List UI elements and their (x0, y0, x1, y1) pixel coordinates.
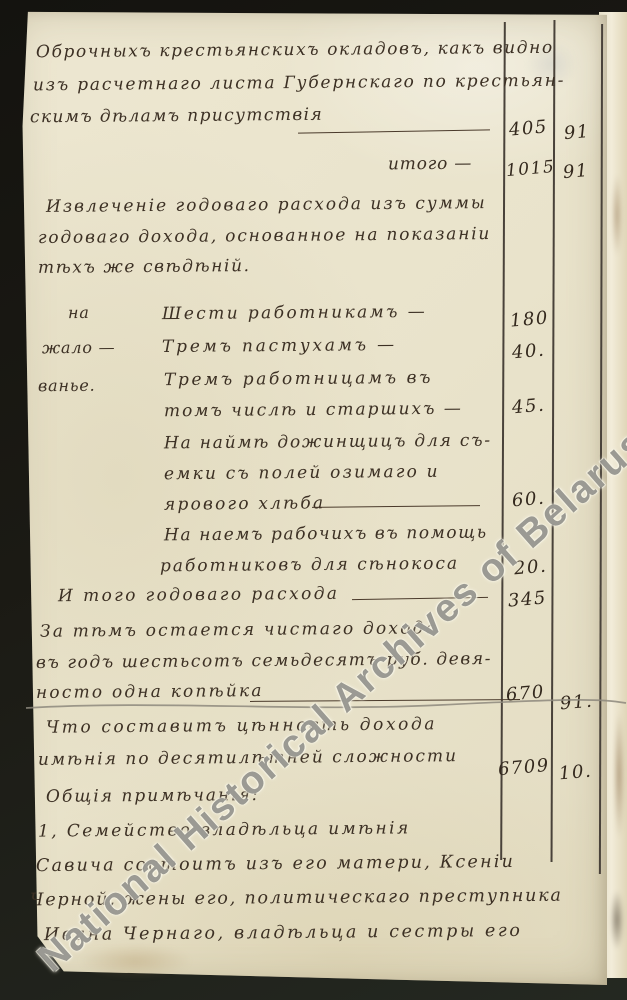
archival-scan: Оброчныхъ крестьянскихъ окладовъ, какъ в… (0, 0, 627, 1000)
amount-rubles: 1015 (505, 157, 556, 181)
manuscript-line: итого — (388, 156, 472, 175)
expense-row: работниковъ для сѣнокоса (160, 556, 459, 576)
amount-kopecks: 10. (558, 761, 593, 785)
amount-kopecks: 91 (563, 121, 591, 144)
amount-rubles: 45. (511, 395, 546, 419)
amount-rubles: 180 (509, 307, 550, 331)
manuscript-line: годоваго дохода, основанное на показанiи (38, 226, 491, 248)
manuscript-line: Что составитъ цѣнность дохода (46, 716, 437, 737)
manuscript-line: скимъ дѣламъ присутствiя (30, 107, 323, 127)
expense-row: На наймѣ дожинщицъ для съ- (164, 433, 492, 454)
manuscript-line: Савича состоитъ изъ его матери, Ксенiи (36, 853, 515, 876)
expense-row: На наемъ рабочихъ въ помощь (164, 525, 488, 546)
margin-note-line: ванье. (38, 378, 96, 395)
expense-row: ярового хлѣба (164, 495, 325, 514)
amount-kopecks: 91 (562, 160, 590, 183)
binding-stain (608, 880, 626, 960)
total-line: И того годоваго расхода (58, 586, 340, 606)
expense-row: Тремъ пастухамъ — (162, 337, 397, 357)
margin-note-line: на (68, 305, 90, 322)
amount-rubles: 6709 (497, 755, 550, 780)
binding-stain (610, 160, 624, 270)
manuscript-line: Извлеченiе годоваго расхода изъ суммы (46, 195, 487, 217)
amount-rubles: 405 (508, 116, 549, 140)
expense-row: Шести работникамъ — (162, 304, 427, 324)
expense-row: Тремъ работницамъ въ (164, 370, 433, 390)
margin-note-line: жало — (42, 340, 116, 357)
amount-rubles: 40. (511, 340, 546, 364)
manuscript-line: тѣхъ же свѣдѣнiй. (38, 258, 251, 278)
expense-row: емки съ полей озимаго и (164, 464, 440, 484)
expense-row: томъ числѣ и старшихъ — (164, 401, 463, 421)
amount-rubles: 345 (507, 587, 548, 611)
